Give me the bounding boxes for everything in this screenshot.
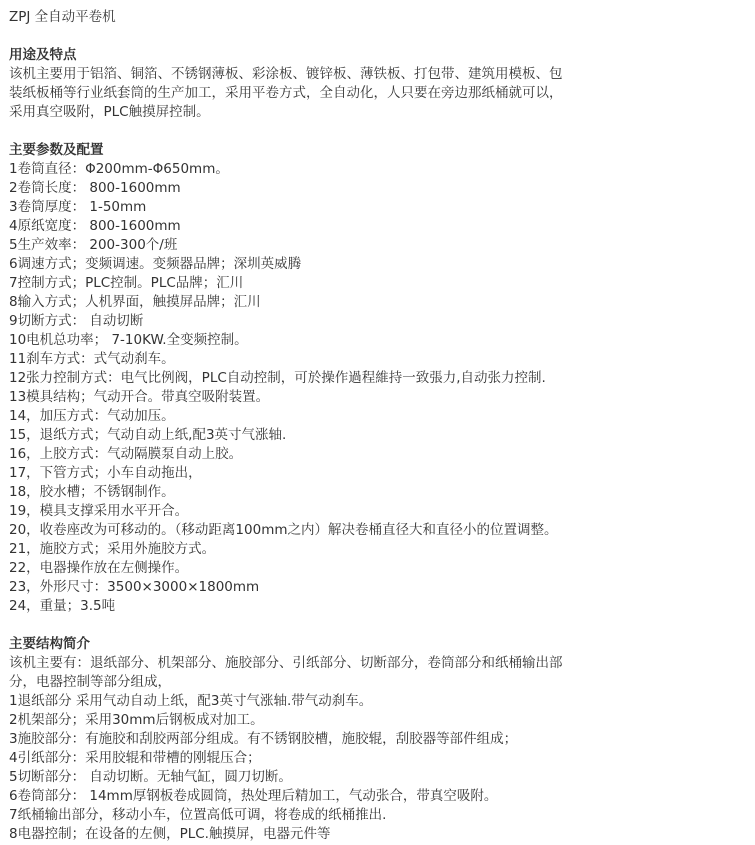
param-item: 14，加压方式：气动加压。 xyxy=(9,407,175,426)
structure-item: 2机架部分；采用30mm后钢板成对加工。 xyxy=(9,711,264,730)
structure-text-line: 分，电器控制等部分组成， xyxy=(9,673,171,692)
structure-item: 1退纸部分 采用气动自动上纸，配3英寸气涨轴.带气动刹车。 xyxy=(9,692,372,711)
param-item: 16，上胶方式：气动隔膜泵自动上胶。 xyxy=(9,445,242,464)
param-item: 21，施胶方式；采用外施胶方式。 xyxy=(9,540,215,559)
param-item: 12张力控制方式：电气比例阀，PLC自动控制，可於操作過程維持一致張力,自动张力… xyxy=(9,369,546,388)
param-item: 24，重量；3.5吨 xyxy=(9,597,115,616)
section-heading-structure: 主要结构简介 xyxy=(9,635,90,654)
param-item: 3卷筒厚度： 1-50mm xyxy=(9,198,146,217)
param-item: 13模具结构；气动开合。带真空吸附装置。 xyxy=(9,388,269,407)
param-item: 23，外形尺寸：3500×3000×1800mm xyxy=(9,578,259,597)
param-item: 8输入方式；人机界面，触摸屏品牌；汇川 xyxy=(9,293,261,312)
param-item: 10电机总功率； 7-10KW.全变频控制。 xyxy=(9,331,248,350)
structure-text-line: 该机主要有：退纸部分、机架部分、施胶部分、引纸部分、切断部分，卷筒部分和纸桶输出… xyxy=(9,654,563,673)
usage-text-line: 装纸板桶等行业纸套筒的生产加工，采用平卷方式，全自动化，人只要在旁边那纸桶就可以… xyxy=(9,84,563,103)
param-item: 22，电器操作放在左侧操作。 xyxy=(9,559,188,578)
param-item: 18，胶水槽；不锈钢制作。 xyxy=(9,483,175,502)
param-item: 9切断方式： 自动切断 xyxy=(9,312,143,331)
param-item: 19，模具支撑采用水平开合。 xyxy=(9,502,188,521)
usage-text-line: 该机主要用于铝箔、铜箔、不锈钢薄板、彩涂板、镀锌板、薄铁板、打包带、建筑用模板、… xyxy=(9,65,563,84)
param-item: 1卷筒直径：Φ200mm-Φ650mm。 xyxy=(9,160,229,179)
param-item: 15，退纸方式；气动自动上纸,配3英寸气涨轴. xyxy=(9,426,286,445)
usage-text-line: 采用真空吸附，PLC触摸屏控制。 xyxy=(9,103,210,122)
param-item: 5生产效率： 200-300个/班 xyxy=(9,236,177,255)
structure-item: 3施胶部分：有施胶和刮胶两部分组成。有不锈钢胶槽，施胶辊，刮胶器等部件组成； xyxy=(9,730,517,749)
param-item: 7控制方式；PLC控制。PLC品牌；汇川 xyxy=(9,274,243,293)
structure-item: 7纸桶输出部分，移动小车，位置高低可调，将卷成的纸桶推出. xyxy=(9,806,386,825)
structure-item: 4引纸部分：采用胶辊和带槽的刚辊压合； xyxy=(9,749,261,768)
param-item: 2卷筒长度： 800-1600mm xyxy=(9,179,181,198)
param-item: 6调速方式；变频调速。变频器品牌；深圳英威腾 xyxy=(9,255,301,274)
structure-item: 6卷筒部分： 14mm厚钢板卷成圆筒，热处理后精加工，气动张合，带真空吸附。 xyxy=(9,787,497,806)
section-heading-params: 主要参数及配置 xyxy=(9,141,104,160)
param-item: 20，收卷座改为可移动的。（移动距离100mm之内）解决卷桶直径大和直径小的位置… xyxy=(9,521,558,540)
document-title: ZPJ 全自动平卷机 xyxy=(9,8,116,27)
param-item: 11刹车方式：式气动刹车。 xyxy=(9,350,175,369)
structure-item: 5切断部分： 自动切断。无轴气缸，圆刀切断。 xyxy=(9,768,292,787)
section-heading-usage: 用途及特点 xyxy=(9,46,77,65)
param-item: 4原纸宽度： 800-1600mm xyxy=(9,217,181,236)
param-item: 17，下管方式；小车自动拖出， xyxy=(9,464,202,483)
structure-item: 8电器控制；在设备的左侧，PLC.触摸屏，电器元件等 xyxy=(9,825,330,844)
